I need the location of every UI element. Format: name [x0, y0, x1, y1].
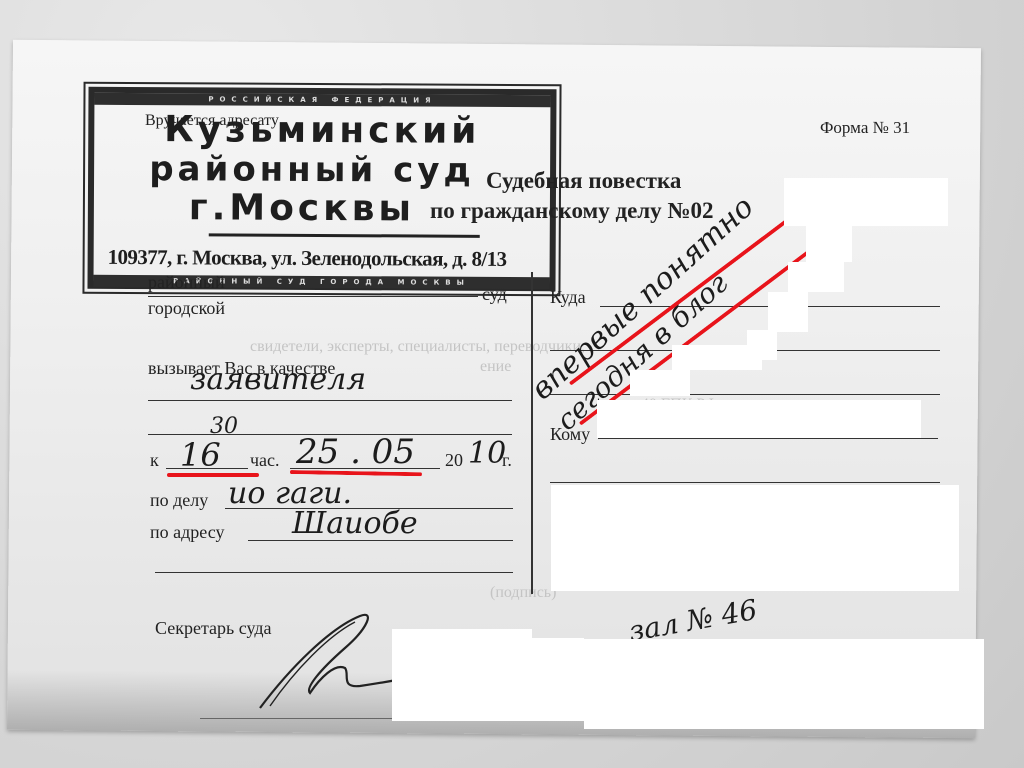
line — [155, 572, 513, 573]
line — [290, 468, 440, 469]
redaction-block — [630, 370, 690, 396]
faded-text: свидетели, эксперты, специалисты, перево… — [250, 338, 585, 356]
summons-title: Судебная повестка — [486, 168, 681, 194]
stamp-address: 109377, г. Москва, ул. Зеленодольская, д… — [108, 245, 507, 272]
year-handwritten: 10 — [468, 436, 506, 471]
line — [598, 438, 938, 439]
court-suffix: суд — [482, 284, 507, 305]
role-handwritten: заявителя — [190, 362, 366, 397]
redaction-block — [392, 629, 532, 721]
stamp-court-name: Кузьминский — [94, 109, 550, 152]
redaction-block — [768, 292, 808, 332]
faded-text: ение — [480, 358, 511, 376]
summons-subtitle: по гражданскому делу №02 — [430, 198, 714, 224]
redaction-block — [788, 262, 844, 292]
redaction-block — [584, 639, 984, 729]
time-prefix: к — [150, 450, 159, 471]
line — [550, 482, 940, 483]
court-type-2: городской — [148, 298, 225, 319]
case-label: по делу — [150, 490, 208, 511]
stamp-rule — [209, 233, 480, 237]
redaction-block — [672, 345, 762, 370]
date-handwritten: 25 . 05 — [296, 432, 415, 472]
line — [166, 468, 248, 469]
redaction-block — [784, 178, 948, 226]
stamp-court-type: районный суд — [74, 149, 550, 191]
redaction-block — [528, 638, 584, 721]
line — [148, 400, 512, 401]
redaction-block — [806, 226, 852, 262]
year-suffix: г. — [502, 450, 512, 471]
faded-text: (подпись) — [490, 584, 556, 602]
case-label: по гражданскому делу № — [430, 198, 691, 223]
hour-suffix: час. — [250, 450, 280, 471]
address-label: по адресу — [150, 522, 224, 543]
stamp-band-top: РОССИЙСКАЯ ФЕДЕРАЦИЯ — [94, 93, 550, 107]
form-number: Форма № 31 — [820, 118, 910, 138]
column-divider — [531, 272, 533, 594]
where-label: Куда — [550, 287, 586, 308]
minutes-handwritten: 30 — [210, 414, 238, 439]
line — [248, 540, 513, 541]
year-prefix: 20 — [445, 450, 463, 471]
redaction-block — [551, 485, 959, 591]
line — [148, 296, 478, 297]
court-type-1: районный — [148, 272, 225, 293]
redaction-block — [597, 400, 921, 438]
address-handwritten: Шаиобе — [292, 506, 418, 541]
